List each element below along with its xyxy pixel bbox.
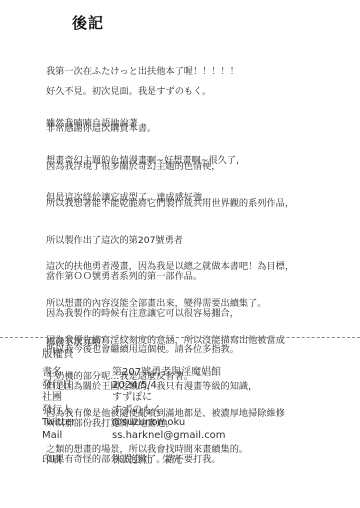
row-value: 第207號勇者與淫魔娼館	[112, 367, 221, 380]
row-label: Twitter	[42, 417, 112, 430]
row-value: 株式会社 栄光	[112, 451, 182, 466]
afterword-title: 後記	[72, 12, 104, 33]
colophon-row-date: 發行日 2024/5/4	[42, 380, 226, 393]
row-value: 2024/5/4	[112, 380, 157, 393]
colophon-row-circle: 社團 すずぽに	[42, 392, 226, 405]
text-line: 因為我浮現了很多關於奇幻主題的色情梗，	[46, 161, 294, 173]
row-value: すずぽに	[112, 392, 152, 405]
row-value: @suzunomoku	[112, 417, 185, 430]
colophon-row-printer: 印刷 株式会社 栄光	[42, 451, 182, 466]
colophon-row-publisher: 發行人 すずのもく	[42, 405, 226, 418]
text-line: 所以我想著能不能乾脆將它們製作成共用世界觀的系列作品，	[46, 198, 294, 210]
colophon-row-title: 書名 第207號勇者與淫魔娼館	[42, 367, 226, 380]
colophon-row-twitter: Twitter @suzunomoku	[42, 417, 226, 430]
row-label: 發行日	[42, 380, 112, 393]
colophon-title: 版權頁	[42, 346, 74, 361]
text-line: 雖然我喃喃自語地說著	[46, 118, 245, 130]
row-label: 社團	[42, 392, 112, 405]
colophon-table: 書名 第207號勇者與淫魔娼館 發行日 2024/5/4 社團 すずぽに 發行人…	[42, 367, 226, 443]
colophon-row-mail: Mail ss.harknel@gmail.com	[42, 430, 226, 443]
dashed-divider	[0, 337, 360, 338]
text-line: 這次的扶他勇者漫畫，因為我是以總之就做本書吧！為目標，	[46, 261, 294, 273]
row-value: ss.harknel@gmail.com	[112, 430, 226, 443]
row-label: 發行人	[42, 405, 112, 418]
row-label: 書名	[42, 367, 112, 380]
row-label: 印刷	[42, 451, 112, 466]
row-value: すずのもく	[112, 405, 162, 418]
row-label: Mail	[42, 430, 112, 443]
text-line: 所以想畫的內容沒能全部畫出來，變得需要出續集了。	[46, 298, 294, 310]
